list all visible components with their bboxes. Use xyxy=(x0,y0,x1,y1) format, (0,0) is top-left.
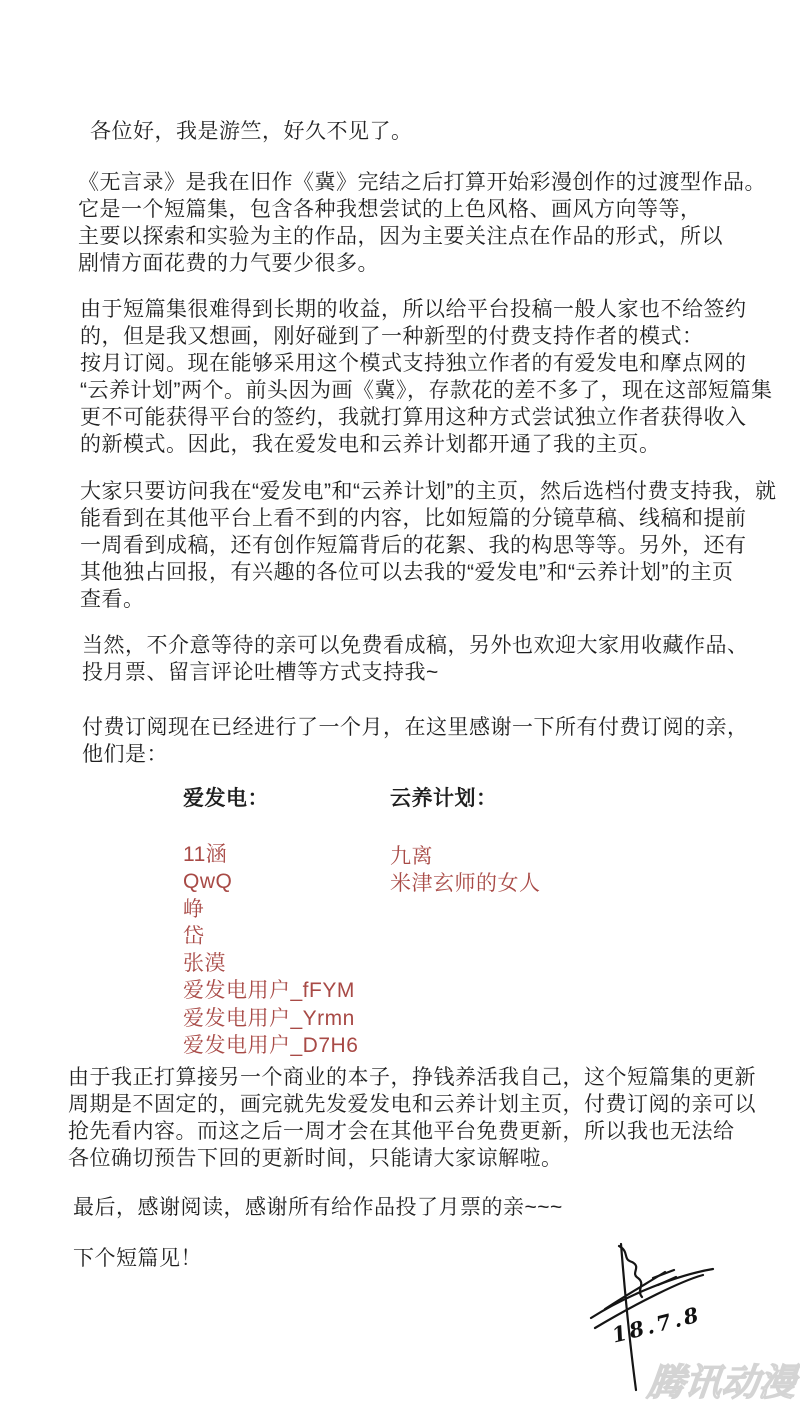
supporter-name: QwQ xyxy=(183,868,358,895)
supporter-name: 爱发电用户_Yrmn xyxy=(183,1005,358,1032)
author-note-page: 各位好，我是游竺，好久不见了。 《无言录》是我在旧作《冀》完结之后打算开始彩漫创… xyxy=(0,0,800,1414)
supporter-column-title-yunyang: 云养计划： xyxy=(390,785,498,812)
paragraph-subscriber-benefits: 大家只要访问我在“爱发电”和“云养计划”的主页，然后选档付费支持我，就 能看到在… xyxy=(80,478,776,613)
paragraph-update-schedule: 由于我正打算接另一个商业的本子，挣钱养活我自己，这个短篇集的更新 周期是不固定的… xyxy=(68,1064,756,1172)
supporter-list-aifadian: 11涵QwQ峥岱张漠爱发电用户_fFYM爱发电用户_Yrmn爱发电用户_D7H6 xyxy=(183,841,358,1059)
supporter-name: 张漠 xyxy=(183,950,358,977)
supporter-name: 米津玄师的女人 xyxy=(390,870,541,897)
supporter-name: 岱 xyxy=(183,923,358,950)
paragraph-funding-model: 由于短篇集很难得到长期的收益，所以给平台投稿一般人家也不给签约 的，但是我又想画… xyxy=(80,296,772,458)
supporter-column-title-aifadian: 爱发电： xyxy=(183,785,269,812)
supporter-name: 九离 xyxy=(390,843,541,870)
tencent-comics-watermark-logo: 腾讯动漫 xyxy=(645,1352,799,1406)
supporter-name: 11涵 xyxy=(183,841,358,868)
supporter-name: 爱发电用户_fFYM xyxy=(183,977,358,1004)
supporter-list-yunyang: 九离米津玄师的女人 xyxy=(390,843,541,898)
paragraph-closing-see-you: 下个短篇见！ xyxy=(73,1245,202,1272)
supporter-name: 峥 xyxy=(183,896,358,923)
paragraph-free-option: 当然，不介意等待的亲可以免费看成稿，另外也欢迎大家用收藏作品、 投月票、留言评论… xyxy=(82,632,749,686)
paragraph-closing-thanks: 最后，感谢阅读，感谢所有给作品投了月票的亲~~~ xyxy=(73,1194,563,1221)
paragraph-intro: 《无言录》是我在旧作《冀》完结之后打算开始彩漫创作的过渡型作品。 它是一个短篇集… xyxy=(78,169,766,277)
supporter-name: 爱发电用户_D7H6 xyxy=(183,1032,358,1059)
paragraph-greeting: 各位好，我是游竺，好久不见了。 xyxy=(90,118,413,145)
paragraph-thanks-intro: 付费订阅现在已经进行了一个月，在这里感谢一下所有付费订阅的亲， 他们是： xyxy=(82,714,749,768)
